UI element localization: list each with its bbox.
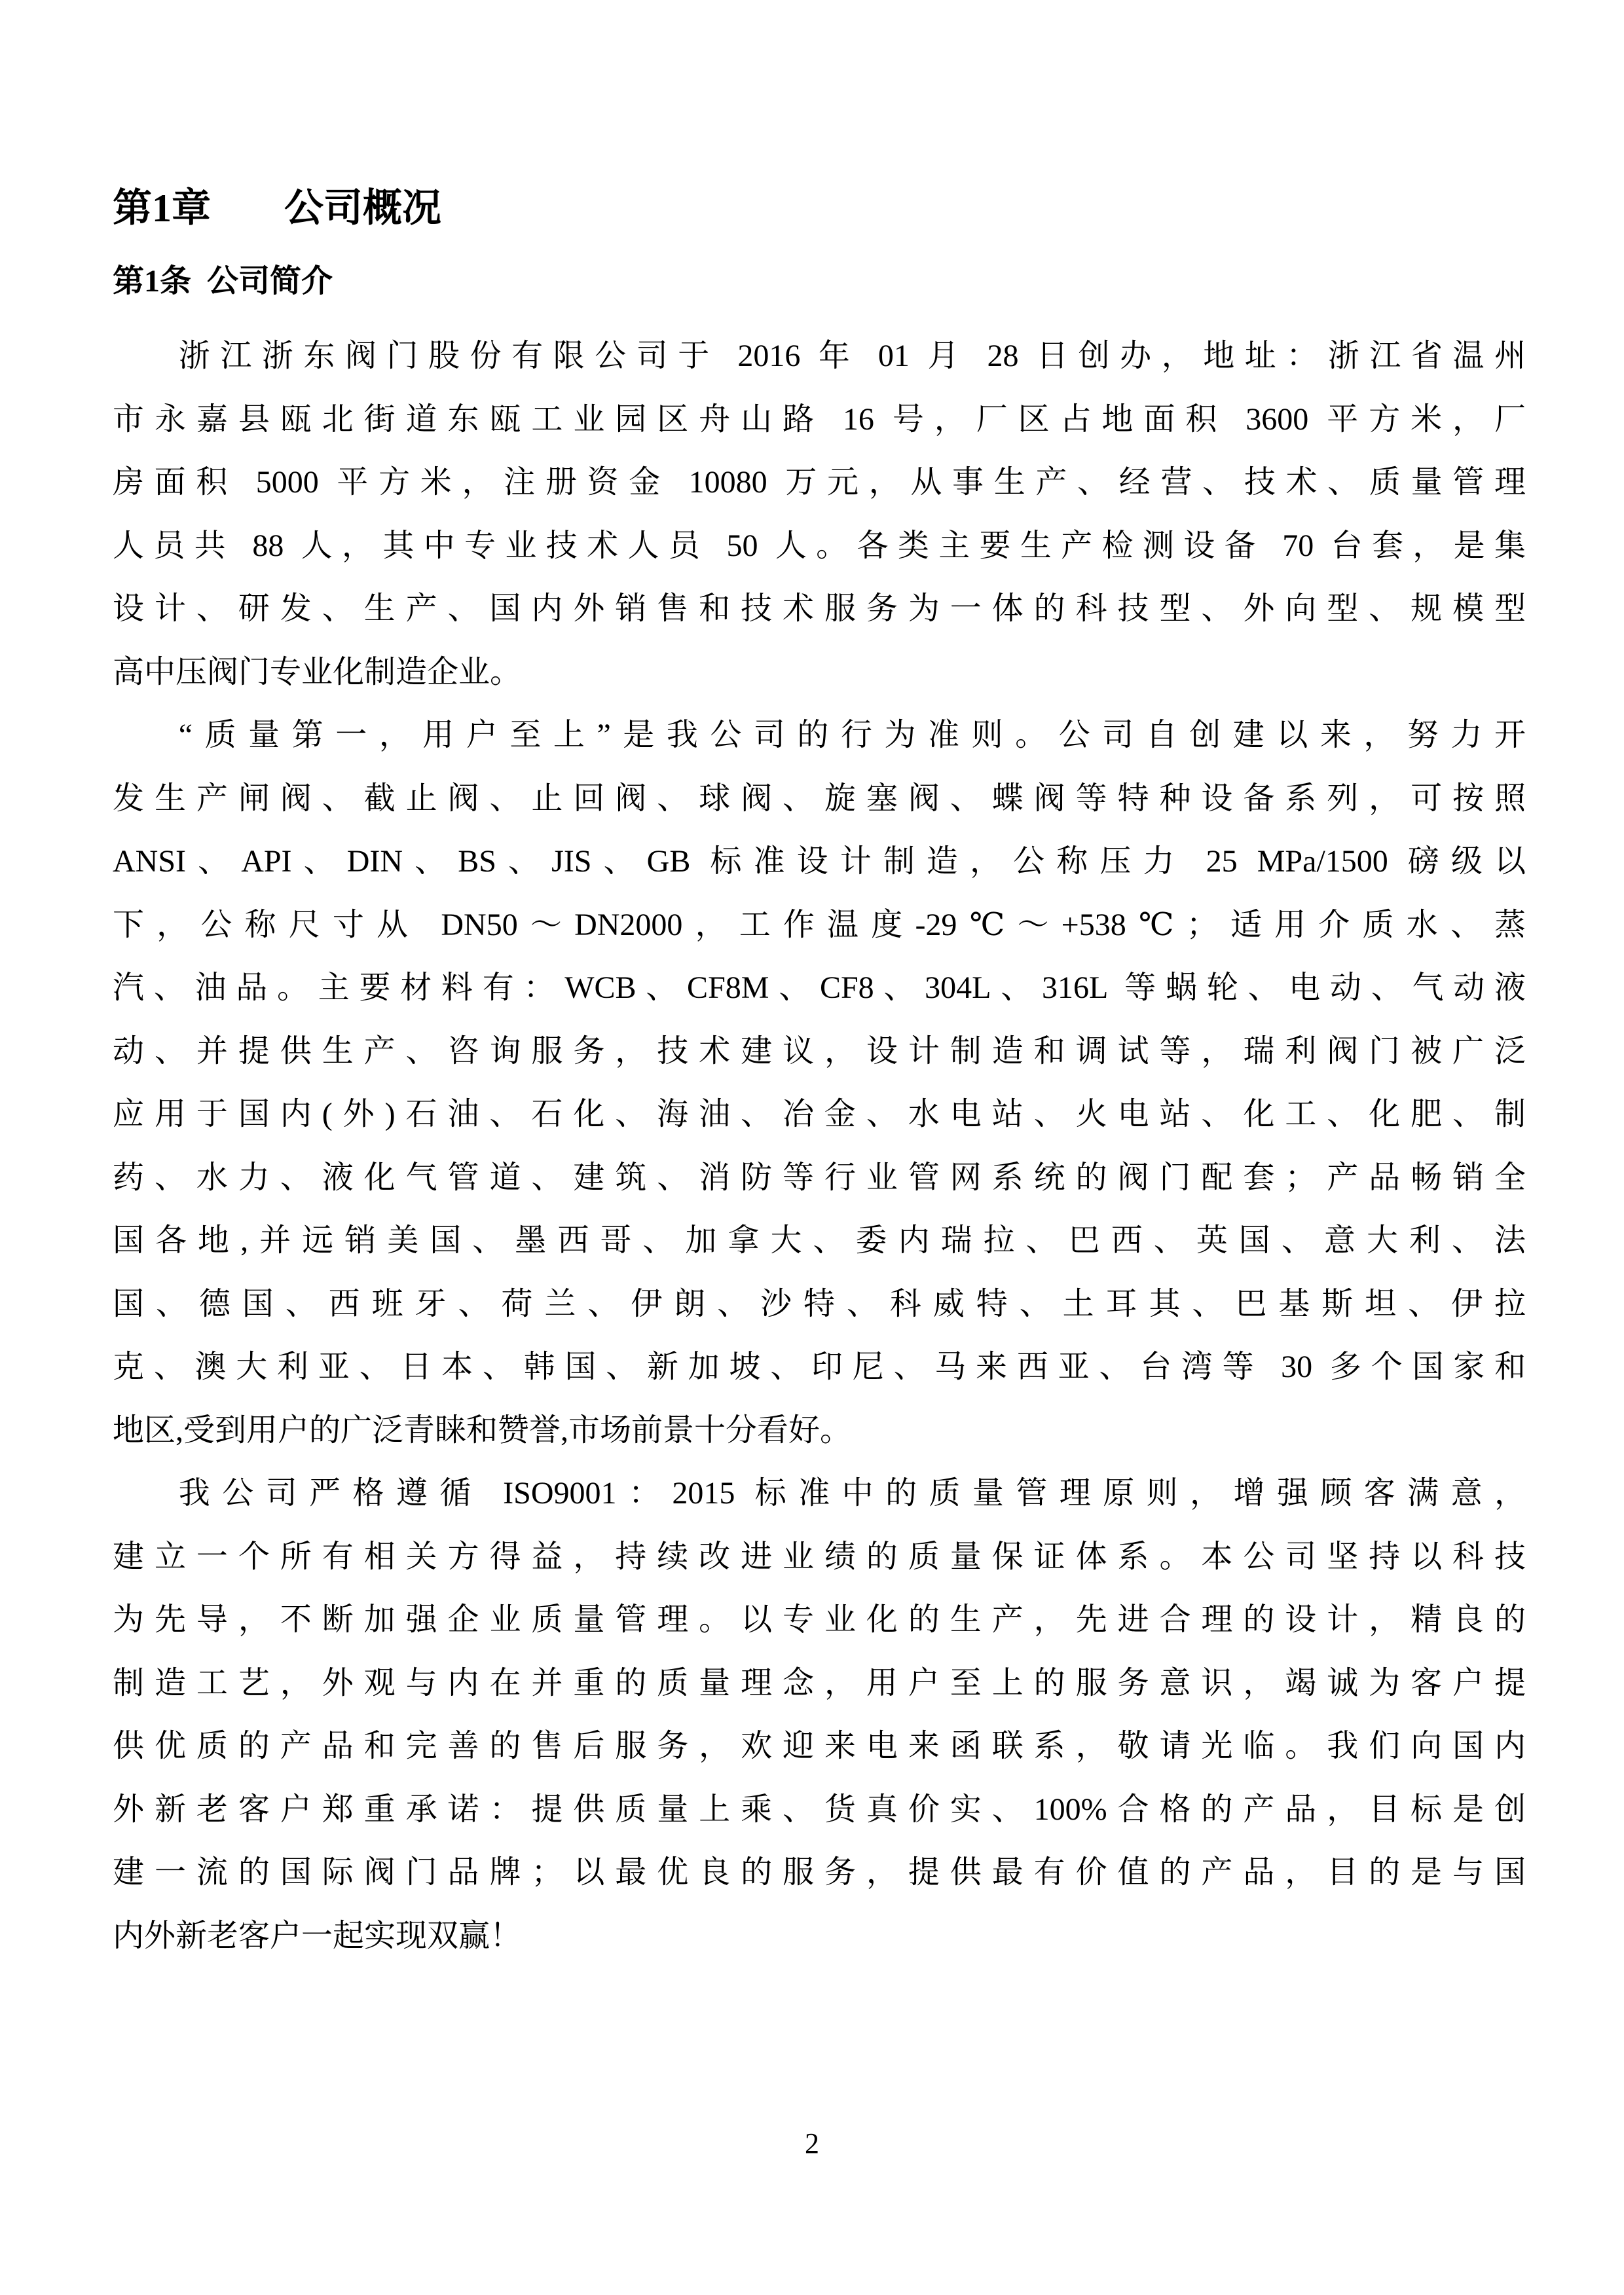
document-page: 第1章公司概况 第1条公司简介 浙江浙东阀门股份有限公司于 2016 年 01 …: [0, 0, 1624, 2295]
section-heading: 第1条公司简介: [113, 262, 1526, 301]
text-line: 地区,受到用户的广泛青睐和赞誉,市场前景十分看好。: [113, 1399, 1526, 1463]
section-title: 公司简介: [207, 264, 333, 299]
text-line: “质量第一，用户至上”是我公司的行为准则。公司自创建以来，努力开: [113, 704, 1526, 767]
text-line: 人员共 88 人，其中专业技术人员 50 人。各类主要生产检测设备 70 台套，…: [113, 515, 1526, 578]
text-line: 动、并提供生产、咨询服务，技术建议，设计制造和调试等，瑞利阀门被广泛: [113, 1020, 1526, 1084]
text-line: 发生产闸阀、截止阀、止回阀、球阀、旋塞阀、蝶阀等特种设备系列，可按照: [113, 767, 1526, 831]
text-line: 高中压阀门专业化制造企业。: [113, 641, 1526, 705]
text-line: 为先导，不断加强企业质量管理。以专业化的生产，先进合理的设计，精良的: [113, 1588, 1526, 1652]
text-line: 国、德国、西班牙、荷兰、伊朗、沙特、科威特、土耳其、巴基斯坦、伊拉: [113, 1273, 1526, 1336]
document-body: 浙江浙东阀门股份有限公司于 2016 年 01 月 28 日创办，地址：浙江省温…: [113, 325, 1526, 1968]
text-line: 市永嘉县瓯北街道东瓯工业园区舟山路 16 号，厂区占地面积 3600 平方米，厂: [113, 388, 1526, 452]
chapter-title: 公司概况: [284, 187, 441, 230]
text-line: 外新老客户郑重承诺：提供质量上乘、货真价实、100%合格的产品，目标是创: [113, 1778, 1526, 1842]
text-line: 我公司严格遵循 ISO9001：2015 标准中的质量管理原则，增强顾客满意，: [113, 1462, 1526, 1526]
paragraph: 我公司严格遵循 ISO9001：2015 标准中的质量管理原则，增强顾客满意，建…: [113, 1462, 1526, 1968]
text-line: 制造工艺，外观与内在并重的质量理念，用户至上的服务意识，竭诚为客户提: [113, 1652, 1526, 1716]
text-line: 应用于国内(外)石油、石化、海油、冶金、水电站、火电站、化工、化肥、制: [113, 1083, 1526, 1147]
section-number: 第1条: [113, 262, 191, 301]
paragraph: “质量第一，用户至上”是我公司的行为准则。公司自创建以来，努力开发生产闸阀、截止…: [113, 704, 1526, 1462]
text-line: 国各地,并远销美国、墨西哥、加拿大、委内瑞拉、巴西、英国、意大利、法: [113, 1209, 1526, 1273]
chapter-heading: 第1章公司概况: [113, 185, 1526, 232]
text-line: 汽、油品。主要材料有：WCB、CF8M、CF8、304L、316L 等蜗轮、电动…: [113, 957, 1526, 1020]
text-line: 下，公称尺寸从 DN50～DN2000，工作温度-29℃～+538℃；适用介质水…: [113, 894, 1526, 957]
text-line: 设计、研发、生产、国内外销售和技术服务为一体的科技型、外向型、规模型: [113, 578, 1526, 641]
text-line: 内外新老客户一起实现双赢！: [113, 1905, 1526, 1968]
text-line: 建立一个所有相关方得益，持续改进业绩的质量保证体系。本公司坚持以科技: [113, 1526, 1526, 1589]
text-line: 克、澳大利亚、日本、韩国、新加坡、印尼、马来西亚、台湾等 30 多个国家和: [113, 1336, 1526, 1399]
text-line: 建一流的国际阀门品牌；以最优良的服务，提供最有价值的产品，目的是与国: [113, 1841, 1526, 1905]
paragraph: 浙江浙东阀门股份有限公司于 2016 年 01 月 28 日创办，地址：浙江省温…: [113, 325, 1526, 704]
text-line: ANSI、API、DIN、BS、JIS、GB 标准设计制造，公称压力 25 MP…: [113, 830, 1526, 894]
chapter-number: 第1章: [113, 185, 211, 232]
text-line: 浙江浙东阀门股份有限公司于 2016 年 01 月 28 日创办，地址：浙江省温…: [113, 325, 1526, 388]
text-line: 房面积 5000 平方米，注册资金 10080 万元，从事生产、经营、技术、质量…: [113, 451, 1526, 515]
text-line: 供优质的产品和完善的售后服务，欢迎来电来函联系，敬请光临。我们向国内: [113, 1715, 1526, 1778]
text-line: 药、水力、液化气管道、建筑、消防等行业管网系统的阀门配套；产品畅销全: [113, 1147, 1526, 1210]
page-number: 2: [0, 2127, 1624, 2160]
